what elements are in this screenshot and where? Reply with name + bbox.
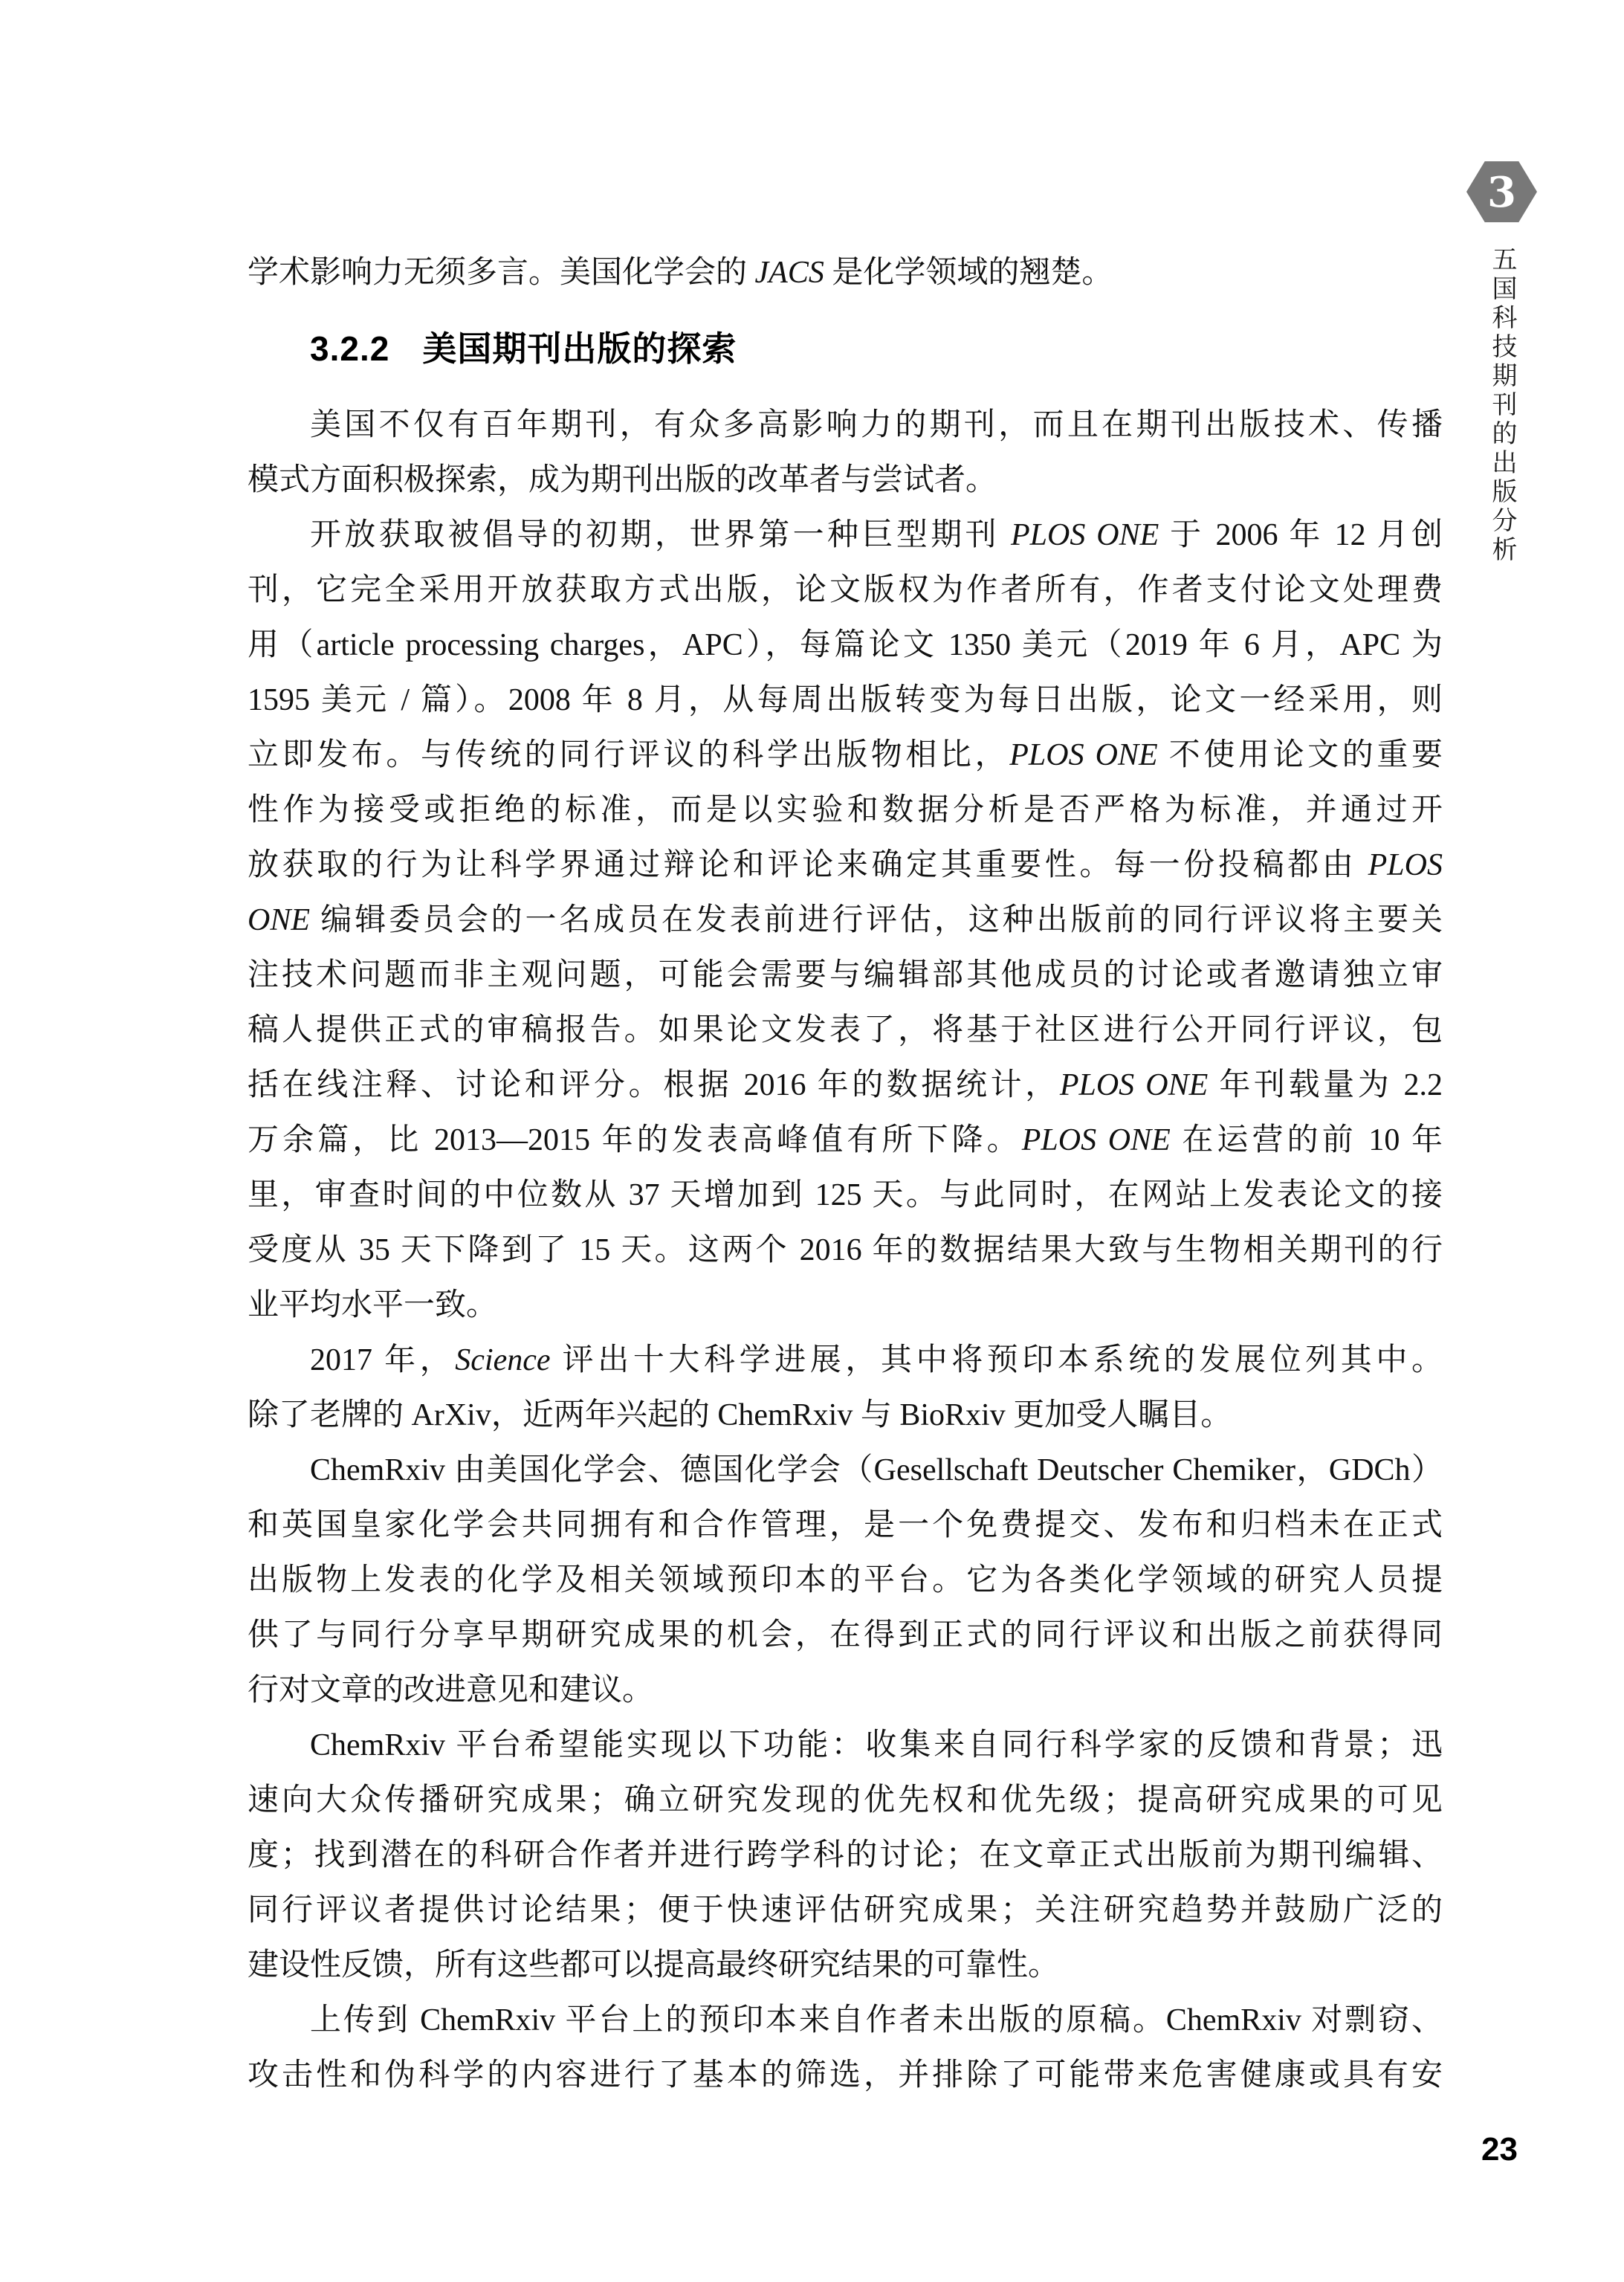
text-line: 攻击性和伪科学的内容进行了基本的筛选，并排除了可能带来危害健康或具有安 bbox=[248, 2048, 1443, 2103]
italic-run: PLOS ONE bbox=[1009, 738, 1157, 772]
heading-number: 3.2.2 bbox=[310, 329, 389, 368]
italic-run: PLOS ONE bbox=[1011, 518, 1159, 552]
text-run: 编辑委员会的一名成员在发表前进行评估，这种出版前的同行评议将主要关 bbox=[310, 903, 1443, 937]
text-line: 业平均水平一致。 bbox=[248, 1278, 1443, 1333]
text-line: 美国不仅有百年期刊，有众多高影响力的期刊，而且在期刊出版技术、传播 bbox=[248, 398, 1443, 453]
italic-run: PLOS bbox=[1368, 848, 1443, 882]
text-run: 度；找到潜在的科研合作者并进行跨学科的讨论；在文章正式出版前为期刊编辑、 bbox=[248, 1838, 1443, 1872]
intro-paragraph: 学术影响力无须多言。美国化学会的 JACS 是化学领域的翘楚。 bbox=[248, 245, 1443, 300]
text-line: 注技术问题而非主观问题，可能会需要与编辑部其他成员的讨论或者邀请独立审 bbox=[248, 948, 1443, 1003]
text-run: 性作为接受或拒绝的标准，而是以实验和数据分析是否严格为标准，并通过开 bbox=[248, 793, 1443, 827]
text-line: 行对文章的改进意见和建议。 bbox=[248, 1663, 1443, 1718]
text-run: 注技术问题而非主观问题，可能会需要与编辑部其他成员的讨论或者邀请独立审 bbox=[248, 958, 1443, 992]
text-run: 除了老牌的 ArXiv，近两年兴起的 ChemRxiv 与 BioRxiv 更加… bbox=[248, 1398, 1232, 1432]
text-run: 开放获取被倡导的初期，世界第一种巨型期刊 bbox=[310, 518, 1011, 552]
text-run: 是化学领域的翘楚。 bbox=[824, 256, 1113, 290]
text-run: 放获取的行为让科学界通过辩论和评论来确定其重要性。每一份投稿都由 bbox=[248, 848, 1368, 882]
paragraph: ChemRxiv 平台希望能实现以下功能：收集来自同行科学家的反馈和背景；迅速向… bbox=[248, 1718, 1443, 1993]
text-run: 同行评议者提供讨论结果；便于快速评估研究成果；关注研究趋势并鼓励广泛的 bbox=[248, 1893, 1443, 1927]
paragraph: 开放获取被倡导的初期，世界第一种巨型期刊 PLOS ONE 于 2006 年 1… bbox=[248, 508, 1443, 1333]
text-line: ChemRxiv 平台希望能实现以下功能：收集来自同行科学家的反馈和背景；迅 bbox=[248, 1718, 1443, 1773]
text-run: 出版物上发表的化学及相关领域预印本的平台。它为各类化学领域的研究人员提 bbox=[248, 1563, 1443, 1597]
text-run: 刊，它完全采用开放获取方式出版，论文版权为作者所有，作者支付论文处理费 bbox=[248, 573, 1443, 607]
text-line: ONE 编辑委员会的一名成员在发表前进行评估，这种出版前的同行评议将主要关 bbox=[248, 893, 1443, 948]
text-line: 同行评议者提供讨论结果；便于快速评估研究成果；关注研究趋势并鼓励广泛的 bbox=[248, 1883, 1443, 1938]
paragraph: 2017 年，Science 评出十大科学进展，其中将预印本系统的发展位列其中。… bbox=[248, 1333, 1443, 1443]
text-run: 评出十大科学进展，其中将预印本系统的发展位列其中。 bbox=[551, 1343, 1443, 1377]
text-run: 里，审查时间的中位数从 37 天增加到 125 天。与此同时，在网站上发表论文的… bbox=[248, 1178, 1443, 1212]
body-text-column: 美国不仅有百年期刊，有众多高影响力的期刊，而且在期刊出版技术、传播模式方面积极探… bbox=[248, 398, 1443, 2103]
text-line: 开放获取被倡导的初期，世界第一种巨型期刊 PLOS ONE 于 2006 年 1… bbox=[248, 508, 1443, 563]
heading-title: 美国期刊出版的探索 bbox=[422, 329, 737, 368]
text-line: 和英国皇家化学会共同拥有和合作管理，是一个免费提交、发布和归档未在正式 bbox=[248, 1498, 1443, 1553]
text-run: 供了与同行分享早期研究成果的机会，在得到正式的同行评议和出版之前获得同 bbox=[248, 1618, 1443, 1652]
text-run: 稿人提供正式的审稿报告。如果论文发表了，将基于社区进行公开同行评议，包 bbox=[248, 1013, 1443, 1047]
text-run: ChemRxiv 平台希望能实现以下功能：收集来自同行科学家的反馈和背景；迅 bbox=[310, 1728, 1443, 1762]
text-run: ChemRxiv 由美国化学会、德国化学会（Gesellschaft Deuts… bbox=[310, 1453, 1443, 1487]
section-heading: 3.2.2美国期刊出版的探索 bbox=[310, 329, 737, 369]
text-line: 万余篇，比 2013—2015 年的发表高峰值有所下降。PLOS ONE 在运营… bbox=[248, 1113, 1443, 1168]
text-run: 美国不仅有百年期刊，有众多高影响力的期刊，而且在期刊出版技术、传播 bbox=[310, 408, 1443, 442]
text-line: 刊，它完全采用开放获取方式出版，论文版权为作者所有，作者支付论文处理费 bbox=[248, 563, 1443, 618]
book-page: 学术影响力无须多言。美国化学会的 JACS 是化学领域的翘楚。 3.2.2美国期… bbox=[0, 0, 1624, 2282]
text-run: 括在线注释、讨论和评分。根据 2016 年的数据统计， bbox=[248, 1068, 1060, 1102]
italic-run: Science bbox=[455, 1343, 550, 1377]
text-line: 模式方面积极探索，成为期刊出版的改革者与尝试者。 bbox=[248, 453, 1443, 508]
text-run: 不使用论文的重要 bbox=[1158, 738, 1443, 772]
text-run: 模式方面积极探索，成为期刊出版的改革者与尝试者。 bbox=[248, 463, 997, 497]
text-line: 出版物上发表的化学及相关领域预印本的平台。它为各类化学领域的研究人员提 bbox=[248, 1553, 1443, 1608]
italic-run: PLOS ONE bbox=[1022, 1123, 1171, 1157]
sidebar-vertical-title: 五国科技期刊的出版分析 bbox=[1486, 246, 1516, 565]
text-line: 受度从 35 天下降到了 15 天。这两个 2016 年的数据结果大致与生物相关… bbox=[248, 1223, 1443, 1278]
text-run: 上传到 ChemRxiv 平台上的预印本来自作者未出版的原稿。ChemRxiv … bbox=[310, 2003, 1443, 2037]
text-run: 1595 美元 / 篇）。2008 年 8 月，从每周出版转变为每日出版，论文一… bbox=[248, 683, 1443, 717]
text-line: 放获取的行为让科学界通过辩论和评论来确定其重要性。每一份投稿都由 PLOS bbox=[248, 838, 1443, 893]
text-line: 用（article processing charges，APC），每篇论文 1… bbox=[248, 618, 1443, 673]
text-line: 学术影响力无须多言。美国化学会的 JACS 是化学领域的翘楚。 bbox=[248, 245, 1443, 300]
text-run: 年刊载量为 2.2 bbox=[1208, 1068, 1443, 1102]
chapter-tab-hexagon: 3 bbox=[1466, 161, 1537, 222]
text-line: 除了老牌的 ArXiv，近两年兴起的 ChemRxiv 与 BioRxiv 更加… bbox=[248, 1388, 1443, 1443]
text-run: 用（article processing charges，APC），每篇论文 1… bbox=[248, 628, 1443, 662]
text-line: 性作为接受或拒绝的标准，而是以实验和数据分析是否严格为标准，并通过开 bbox=[248, 783, 1443, 838]
text-line: 2017 年，Science 评出十大科学进展，其中将预印本系统的发展位列其中。 bbox=[248, 1333, 1443, 1388]
text-line: 建设性反馈，所有这些都可以提高最终研究结果的可靠性。 bbox=[248, 1938, 1443, 1993]
text-line: 稿人提供正式的审稿报告。如果论文发表了，将基于社区进行公开同行评议，包 bbox=[248, 1003, 1443, 1058]
text-line: 度；找到潜在的科研合作者并进行跨学科的讨论；在文章正式出版前为期刊编辑、 bbox=[248, 1828, 1443, 1883]
text-line: 里，审查时间的中位数从 37 天增加到 125 天。与此同时，在网站上发表论文的… bbox=[248, 1168, 1443, 1223]
italic-run: ONE bbox=[248, 903, 310, 937]
text-run: 行对文章的改进意见和建议。 bbox=[248, 1673, 653, 1707]
text-run: 和英国皇家化学会共同拥有和合作管理，是一个免费提交、发布和归档未在正式 bbox=[248, 1508, 1443, 1542]
paragraph: ChemRxiv 由美国化学会、德国化学会（Gesellschaft Deuts… bbox=[248, 1443, 1443, 1718]
text-run: 在运营的前 10 年 bbox=[1171, 1123, 1443, 1157]
text-run: 万余篇，比 2013—2015 年的发表高峰值有所下降。 bbox=[248, 1123, 1022, 1157]
paragraph: 美国不仅有百年期刊，有众多高影响力的期刊，而且在期刊出版技术、传播模式方面积极探… bbox=[248, 398, 1443, 508]
text-line: 上传到 ChemRxiv 平台上的预印本来自作者未出版的原稿。ChemRxiv … bbox=[248, 1993, 1443, 2048]
text-line: ChemRxiv 由美国化学会、德国化学会（Gesellschaft Deuts… bbox=[248, 1443, 1443, 1498]
text-run: 立即发布。与传统的同行评议的科学出版物相比， bbox=[248, 738, 1009, 772]
italic-run: PLOS ONE bbox=[1060, 1068, 1208, 1102]
text-line: 立即发布。与传统的同行评议的科学出版物相比，PLOS ONE 不使用论文的重要 bbox=[248, 728, 1443, 783]
text-line: 1595 美元 / 篇）。2008 年 8 月，从每周出版转变为每日出版，论文一… bbox=[248, 673, 1443, 728]
text-line: 速向大众传播研究成果；确立研究发现的优先权和优先级；提高研究成果的可见 bbox=[248, 1773, 1443, 1828]
text-run: 受度从 35 天下降到了 15 天。这两个 2016 年的数据结果大致与生物相关… bbox=[248, 1233, 1443, 1267]
text-line: 括在线注释、讨论和评分。根据 2016 年的数据统计，PLOS ONE 年刊载量… bbox=[248, 1058, 1443, 1113]
text-run: 攻击性和伪科学的内容进行了基本的筛选，并排除了可能带来危害健康或具有安 bbox=[248, 2058, 1443, 2092]
page-number: 23 bbox=[1434, 2132, 1518, 2168]
chapter-number: 3 bbox=[1487, 172, 1516, 213]
italic-run: JACS bbox=[755, 256, 824, 290]
text-run: 学术影响力无须多言。美国化学会的 bbox=[248, 256, 755, 290]
text-run: 建设性反馈，所有这些都可以提高最终研究结果的可靠性。 bbox=[248, 1948, 1059, 1982]
text-run: 2017 年， bbox=[310, 1343, 455, 1377]
text-line: 供了与同行分享早期研究成果的机会，在得到正式的同行评议和出版之前获得同 bbox=[248, 1608, 1443, 1663]
text-run: 业平均水平一致。 bbox=[248, 1288, 497, 1322]
text-run: 于 2006 年 12 月创 bbox=[1159, 518, 1443, 552]
paragraph: 上传到 ChemRxiv 平台上的预印本来自作者未出版的原稿。ChemRxiv … bbox=[248, 1993, 1443, 2103]
text-run: 速向大众传播研究成果；确立研究发现的优先权和优先级；提高研究成果的可见 bbox=[248, 1783, 1443, 1817]
